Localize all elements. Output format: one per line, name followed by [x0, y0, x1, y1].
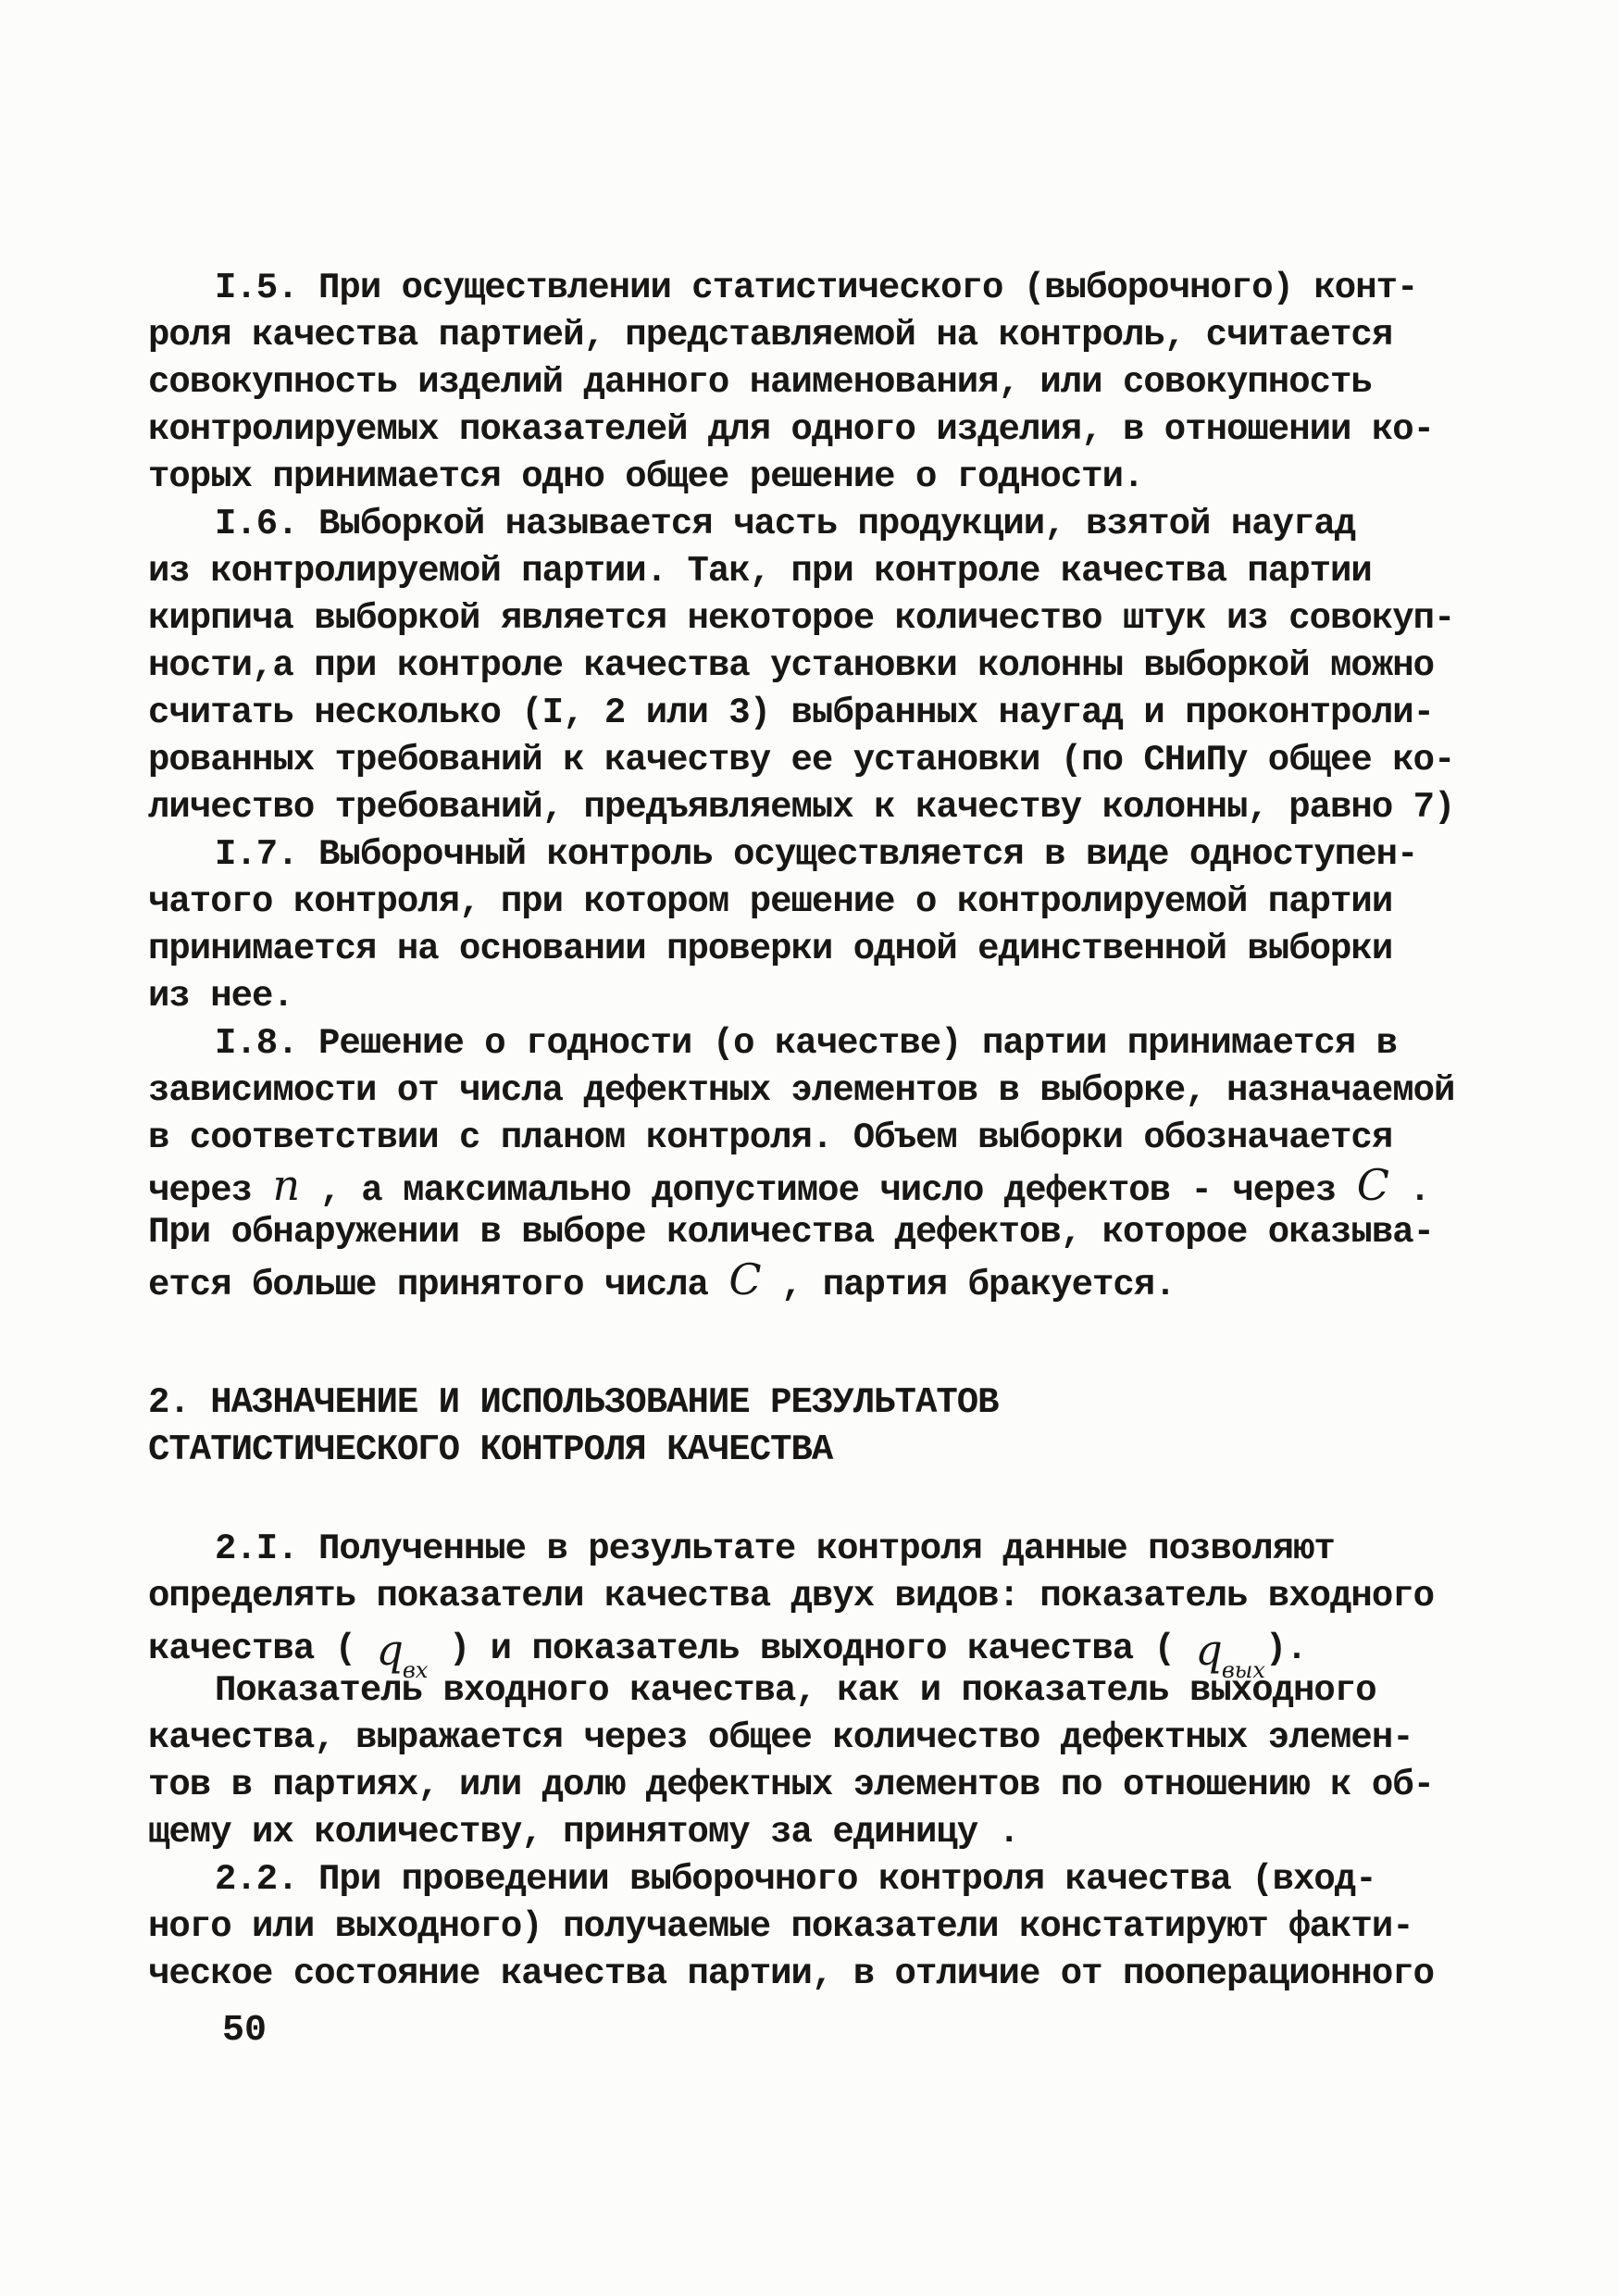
paragraph-1-5: I.5. При осуществлении статистического (…: [148, 265, 1509, 501]
text-line: рованных требований к качеству ее устано…: [148, 737, 1509, 784]
text-line: тов в партиях, или долю дефектных элемен…: [148, 1762, 1509, 1809]
text-segment: ется больше принятого числа: [148, 1265, 728, 1305]
text-segment: .: [1388, 1170, 1430, 1211]
text-line: ческое состояние качества партии, в отли…: [148, 1951, 1509, 1998]
text-line: I.8. Решение о годности (о качестве) пар…: [148, 1020, 1509, 1067]
text-line: I.5. При осуществлении статистического (…: [148, 265, 1509, 312]
text-line: из нее.: [148, 973, 1509, 1020]
text-segment: , а максимально допустимое число дефекто…: [299, 1170, 1357, 1211]
text-line: ется больше принятого числа C , партия б…: [148, 1256, 1509, 1304]
text-line: в соответствии с планом контроля. Объем …: [148, 1115, 1509, 1162]
text-line: считать несколько (I, 2 или 3) выбранных…: [148, 690, 1509, 737]
section-2-heading: 2. НАЗНАЧЕНИЕ И ИСПОЛЬЗОВАНИЕ РЕЗУЛЬТАТО…: [148, 1379, 1509, 1474]
text-line: контролируемых показателей для одного из…: [148, 406, 1509, 454]
subscript-vh: вх: [403, 1657, 429, 1683]
text-line: чатого контроля, при котором решение о к…: [148, 879, 1509, 926]
text-segment: через: [148, 1170, 272, 1211]
text-line: личество требований, предъявляемых к кач…: [148, 784, 1509, 831]
paragraph-1-8: I.8. Решение о годности (о качестве) пар…: [148, 1020, 1509, 1304]
paragraph-1-6: I.6. Выборкой называется часть продукции…: [148, 501, 1509, 831]
text-line: кирпича выборкой является некоторое коли…: [148, 595, 1509, 643]
text-line: ности,а при контроле качества установки …: [148, 643, 1509, 690]
text-line: зависимости от числа дефектных элементов…: [148, 1067, 1509, 1115]
text-line: качества ( qвх ) и показатель выходного …: [148, 1620, 1509, 1667]
page-number: 50: [222, 2007, 267, 2054]
text-line: Показатель входного качества, как и пока…: [148, 1667, 1509, 1715]
heading-line: 2. НАЗНАЧЕНИЕ И ИСПОЛЬЗОВАНИЕ РЕЗУЛЬТАТО…: [148, 1379, 1509, 1427]
paragraph-2-2: 2.2. При проведении выборочного контроля…: [148, 1856, 1509, 1998]
symbol-c: C: [728, 1254, 760, 1304]
text-line: ного или выходного) получаемые показател…: [148, 1903, 1509, 1951]
text-line: из контролируемой партии. Так, при контр…: [148, 548, 1509, 595]
paragraph-1-7: I.7. Выборочный контроль осуществляется …: [148, 831, 1509, 1020]
text-line: 2.2. При проведении выборочного контроля…: [148, 1856, 1509, 1903]
text-line: торых принимается одно общее решение о г…: [148, 454, 1509, 501]
text-line: щему их количеству, принятому за единицу…: [148, 1809, 1509, 1856]
text-segment: , партия бракуется.: [761, 1265, 1176, 1305]
text-segment: ).: [1265, 1628, 1307, 1669]
symbol-q-in: qвх: [376, 1627, 428, 1694]
text-line: I.7. Выборочный контроль осуществляется …: [148, 831, 1509, 879]
document-page: I.5. При осуществлении статистического (…: [0, 0, 1618, 2296]
symbol-c: C: [1357, 1160, 1388, 1210]
symbol-q-out: qвых: [1195, 1627, 1265, 1694]
text-line: I.6. Выборкой называется часть продукции…: [148, 501, 1509, 548]
text-line: роля качества партией, представляемой на…: [148, 312, 1509, 359]
heading-line: СТАТИСТИЧЕСКОГО КОНТРОЛЯ КАЧЕСТВА: [148, 1427, 1509, 1474]
text-line: При обнаружении в выборе количества дефе…: [148, 1209, 1509, 1256]
text-line: качества, выражается через общее количес…: [148, 1715, 1509, 1762]
text-line: через n , а максимально допустимое число…: [148, 1162, 1509, 1209]
subscript-vyh: вых: [1222, 1657, 1265, 1683]
text-line: 2.I. Полученные в результате контроля да…: [148, 1526, 1509, 1573]
symbol-n: n: [272, 1160, 299, 1210]
text-line: совокупность изделий данного наименовани…: [148, 359, 1509, 406]
text-segment: качества (: [148, 1628, 376, 1669]
paragraph-2-1: 2.I. Полученные в результате контроля да…: [148, 1526, 1509, 1856]
text-line: принимается на основании проверки одной …: [148, 926, 1509, 973]
text-segment: ) и показатель выходного качества (: [428, 1628, 1195, 1669]
text-block: I.5. При осуществлении статистического (…: [148, 265, 1509, 1998]
text-line: определять показатели качества двух видо…: [148, 1573, 1509, 1620]
